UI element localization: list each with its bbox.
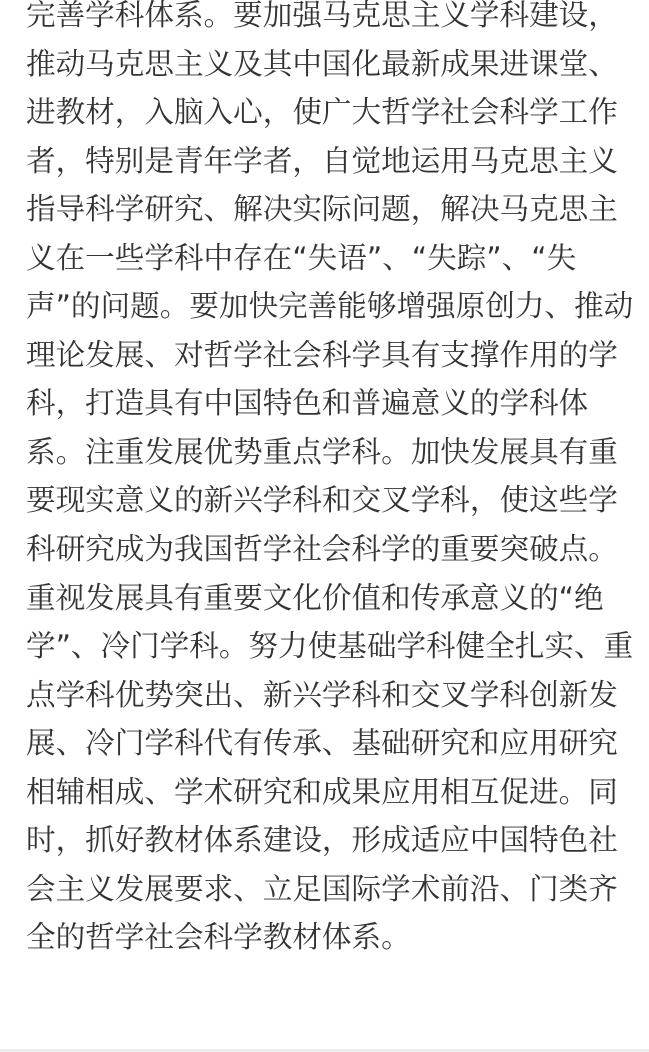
text-line: 学”、冷门学科。努力使基础学科健全扎实、重 <box>26 622 636 671</box>
text-line: 重视发展具有重要文化价值和传承意义的“绝 <box>26 574 636 623</box>
text-line: 时，抓好教材体系建设，形成适应中国特色社 <box>26 816 636 865</box>
text-line: 展、冷门学科代有传承、基础研究和应用研究 <box>26 719 636 768</box>
text-line: 全的哲学社会科学教材体系。 <box>26 913 636 962</box>
text-line: 点学科优势突出、新兴学科和交叉学科创新发 <box>26 671 636 720</box>
text-line: 科研究成为我国哲学社会科学的重要突破点。 <box>26 525 636 574</box>
text-line: 相辅相成、学术研究和成果应用相互促进。同 <box>26 768 636 817</box>
text-line: 义在一些学科中存在“失语”、“失踪”、“失 <box>26 234 636 283</box>
text-line: 进教材，入脑入心，使广大哲学社会科学工作 <box>26 88 636 137</box>
text-line: 者，特别是青年学者，自觉地运用马克思主义 <box>26 137 636 186</box>
text-line: 要现实意义的新兴学科和交叉学科，使这些学 <box>26 476 636 525</box>
text-line: 推动马克思主义及其中国化最新成果进课堂、 <box>26 40 636 89</box>
text-line: 科，打造具有中国特色和普遍意义的学科体 <box>26 379 636 428</box>
text-line: 声”的问题。要加快完善能够增强原创力、推动 <box>26 282 636 331</box>
text-line: 理论发展、对哲学社会科学具有支撑作用的学 <box>26 331 636 380</box>
text-line: 指导科学研究、解决实际问题，解决马克思主 <box>26 185 636 234</box>
text-line: 会主义发展要求、立足国际学术前沿、门类齐 <box>26 865 636 914</box>
article-body: 完善学科体系。要加强马克思主义学科建设， 推动马克思主义及其中国化最新成果进课堂… <box>26 0 636 962</box>
text-line: 完善学科体系。要加强马克思主义学科建设， <box>26 0 636 40</box>
text-line: 系。注重发展优势重点学科。加快发展具有重 <box>26 428 636 477</box>
